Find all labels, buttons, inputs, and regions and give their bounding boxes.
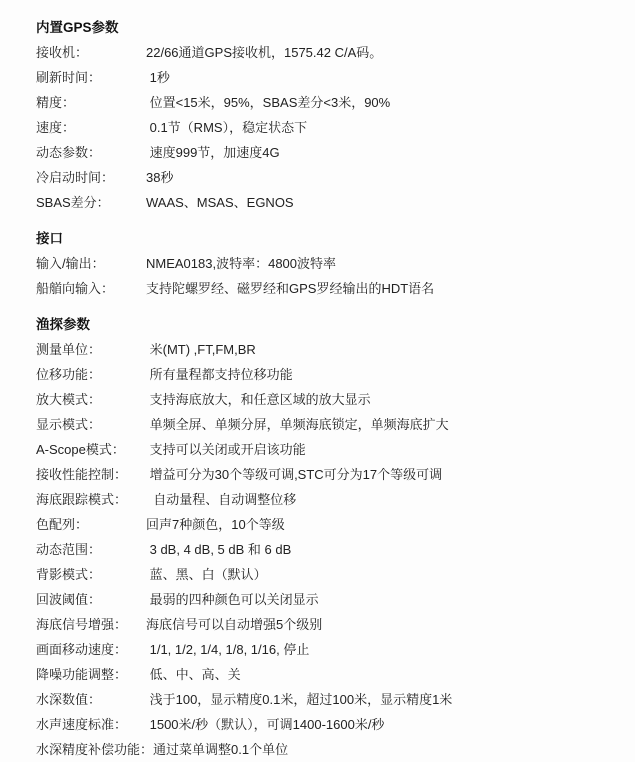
spec-value: 0.1节（RMS），稳定状态下 [146, 115, 307, 140]
spec-row: 色配列： 回声7种颜色，10个等级 [36, 512, 635, 537]
spec-value: 38秒 [146, 165, 173, 190]
spec-value: 海底信号可以自动增强5个级别 [146, 612, 322, 637]
spec-row: 背影模式： 蓝、黑、白（默认） [36, 562, 635, 587]
spec-value: 速度999节，加速度4G [146, 140, 280, 165]
spec-label: 输入/输出： [36, 251, 146, 276]
spec-label: 水声速度标准： [36, 712, 146, 737]
spec-value: 自动量程、自动调整位移 [146, 487, 296, 512]
spec-label: 海底跟踪模式： [36, 487, 146, 512]
spec-label: 水深精度补偿功能： [36, 737, 153, 762]
section-fishfinder: 渔探参数 测量单位： 米(MT) ,FT,FM,BR 位移功能： 所有量程都支持… [36, 312, 635, 762]
spec-row-heading-input: 船艏向输入： 支持陀螺罗经、磁罗经和GPS罗经输出的HDT语名 [36, 276, 635, 301]
spec-label: 接收性能控制： [36, 462, 146, 487]
spec-label: 显示模式： [36, 412, 146, 437]
spec-value: 1500米/秒（默认），可调1400-1600米/秒 [146, 712, 384, 737]
spec-row-accuracy: 精度： 位置<15米，95%，SBAS差分<3米，90% [36, 90, 635, 115]
spec-row: 降噪功能调整： 低、中、高、关 [36, 662, 635, 687]
spec-label: 背影模式： [36, 562, 146, 587]
spec-row: 水深精度补偿功能： 通过菜单调整0.1个单位 [36, 737, 635, 762]
spec-label: 精度： [36, 90, 146, 115]
spec-label: 测量单位： [36, 337, 146, 362]
spec-label: 船艏向输入： [36, 276, 146, 301]
spec-label: 速度： [36, 115, 146, 140]
spec-label: A-Scope模式： [36, 437, 146, 462]
spec-row: 位移功能： 所有量程都支持位移功能 [36, 362, 635, 387]
spec-row: 回波阈值： 最弱的四种颜色可以关闭显示 [36, 587, 635, 612]
spec-row: 接收性能控制： 增益可分为30个等级可调,STC可分为17个等级可调 [36, 462, 635, 487]
spec-value: 单频全屏、单频分屏，单频海底锁定，单频海底扩大 [146, 412, 449, 437]
spec-value: WAAS、MSAS、EGNOS [146, 190, 294, 215]
spec-row: 水深数值： 浅于100，显示精度0.1米，超过100米，显示精度1米 [36, 687, 635, 712]
spec-label: 回波阈值： [36, 587, 146, 612]
spec-row: 画面移动速度： 1/1, 1/2, 1/4, 1/8, 1/16, 停止 [36, 637, 635, 662]
spec-row: 动态范围： 3 dB, 4 dB, 5 dB 和 6 dB [36, 537, 635, 562]
section-title-interface: 接口 [36, 226, 635, 251]
spec-row: 水声速度标准： 1500米/秒（默认），可调1400-1600米/秒 [36, 712, 635, 737]
spec-label: 海底信号增强： [36, 612, 146, 637]
spec-row-io: 输入/输出： NMEA0183,波特率：4800波特率 [36, 251, 635, 276]
spec-value: 1秒 [146, 65, 170, 90]
spec-value: 支持可以关闭或开启该功能 [146, 437, 306, 462]
spec-row-cold-start: 冷启动时间： 38秒 [36, 165, 635, 190]
spec-row: 海底信号增强： 海底信号可以自动增强5个级别 [36, 612, 635, 637]
spec-label: 动态参数： [36, 140, 146, 165]
spec-value: 低、中、高、关 [146, 662, 241, 687]
spec-value: 增益可分为30个等级可调,STC可分为17个等级可调 [146, 462, 442, 487]
spec-row: 放大模式： 支持海底放大，和任意区域的放大显示 [36, 387, 635, 412]
spec-value: 米(MT) ,FT,FM,BR [146, 337, 256, 362]
spec-value: 支持海底放大，和任意区域的放大显示 [146, 387, 371, 412]
spec-row-receiver: 接收机： 22/66通道GPS接收机，1575.42 C/A码。 [36, 40, 635, 65]
spec-label: 水深数值： [36, 687, 146, 712]
section-title-gps: 内置GPS参数 [36, 15, 635, 40]
spec-value: NMEA0183,波特率：4800波特率 [146, 251, 336, 276]
spec-row-refresh-time: 刷新时间： 1秒 [36, 65, 635, 90]
spec-value: 蓝、黑、白（默认） [146, 562, 267, 587]
spec-value: 位置<15米，95%，SBAS差分<3米，90% [146, 90, 390, 115]
spec-value: 所有量程都支持位移功能 [146, 362, 293, 387]
spec-row: A-Scope模式： 支持可以关闭或开启该功能 [36, 437, 635, 462]
spec-value: 回声7种颜色，10个等级 [146, 512, 285, 537]
spec-label: SBAS差分： [36, 190, 146, 215]
spec-row-sbas: SBAS差分： WAAS、MSAS、EGNOS [36, 190, 635, 215]
section-interface: 接口 输入/输出： NMEA0183,波特率：4800波特率 船艏向输入： 支持… [36, 226, 635, 301]
spec-value: 通过菜单调整0.1个单位 [153, 737, 288, 762]
spec-value: 22/66通道GPS接收机，1575.42 C/A码。 [146, 40, 382, 65]
spec-value: 支持陀螺罗经、磁罗经和GPS罗经输出的HDT语名 [146, 276, 434, 301]
spec-label: 色配列： [36, 512, 146, 537]
spec-label: 降噪功能调整： [36, 662, 146, 687]
spec-value: 浅于100，显示精度0.1米，超过100米，显示精度1米 [146, 687, 452, 712]
spec-label: 画面移动速度： [36, 637, 146, 662]
spec-label: 冷启动时间： [36, 165, 146, 190]
spec-row: 海底跟踪模式： 自动量程、自动调整位移 [36, 487, 635, 512]
spec-row: 测量单位： 米(MT) ,FT,FM,BR [36, 337, 635, 362]
spec-label: 接收机： [36, 40, 146, 65]
spec-document: 内置GPS参数 接收机： 22/66通道GPS接收机，1575.42 C/A码。… [0, 0, 635, 762]
spec-value: 1/1, 1/2, 1/4, 1/8, 1/16, 停止 [146, 637, 309, 662]
spec-row-speed: 速度： 0.1节（RMS），稳定状态下 [36, 115, 635, 140]
section-title-fishfinder: 渔探参数 [36, 312, 635, 337]
spec-label: 动态范围： [36, 537, 146, 562]
spec-row-dynamics: 动态参数： 速度999节，加速度4G [36, 140, 635, 165]
spec-row: 显示模式： 单频全屏、单频分屏，单频海底锁定，单频海底扩大 [36, 412, 635, 437]
spec-label: 位移功能： [36, 362, 146, 387]
spec-label: 放大模式： [36, 387, 146, 412]
spec-value: 最弱的四种颜色可以关闭显示 [146, 587, 319, 612]
section-gps: 内置GPS参数 接收机： 22/66通道GPS接收机，1575.42 C/A码。… [36, 15, 635, 215]
spec-label: 刷新时间： [36, 65, 146, 90]
spec-value: 3 dB, 4 dB, 5 dB 和 6 dB [146, 537, 291, 562]
